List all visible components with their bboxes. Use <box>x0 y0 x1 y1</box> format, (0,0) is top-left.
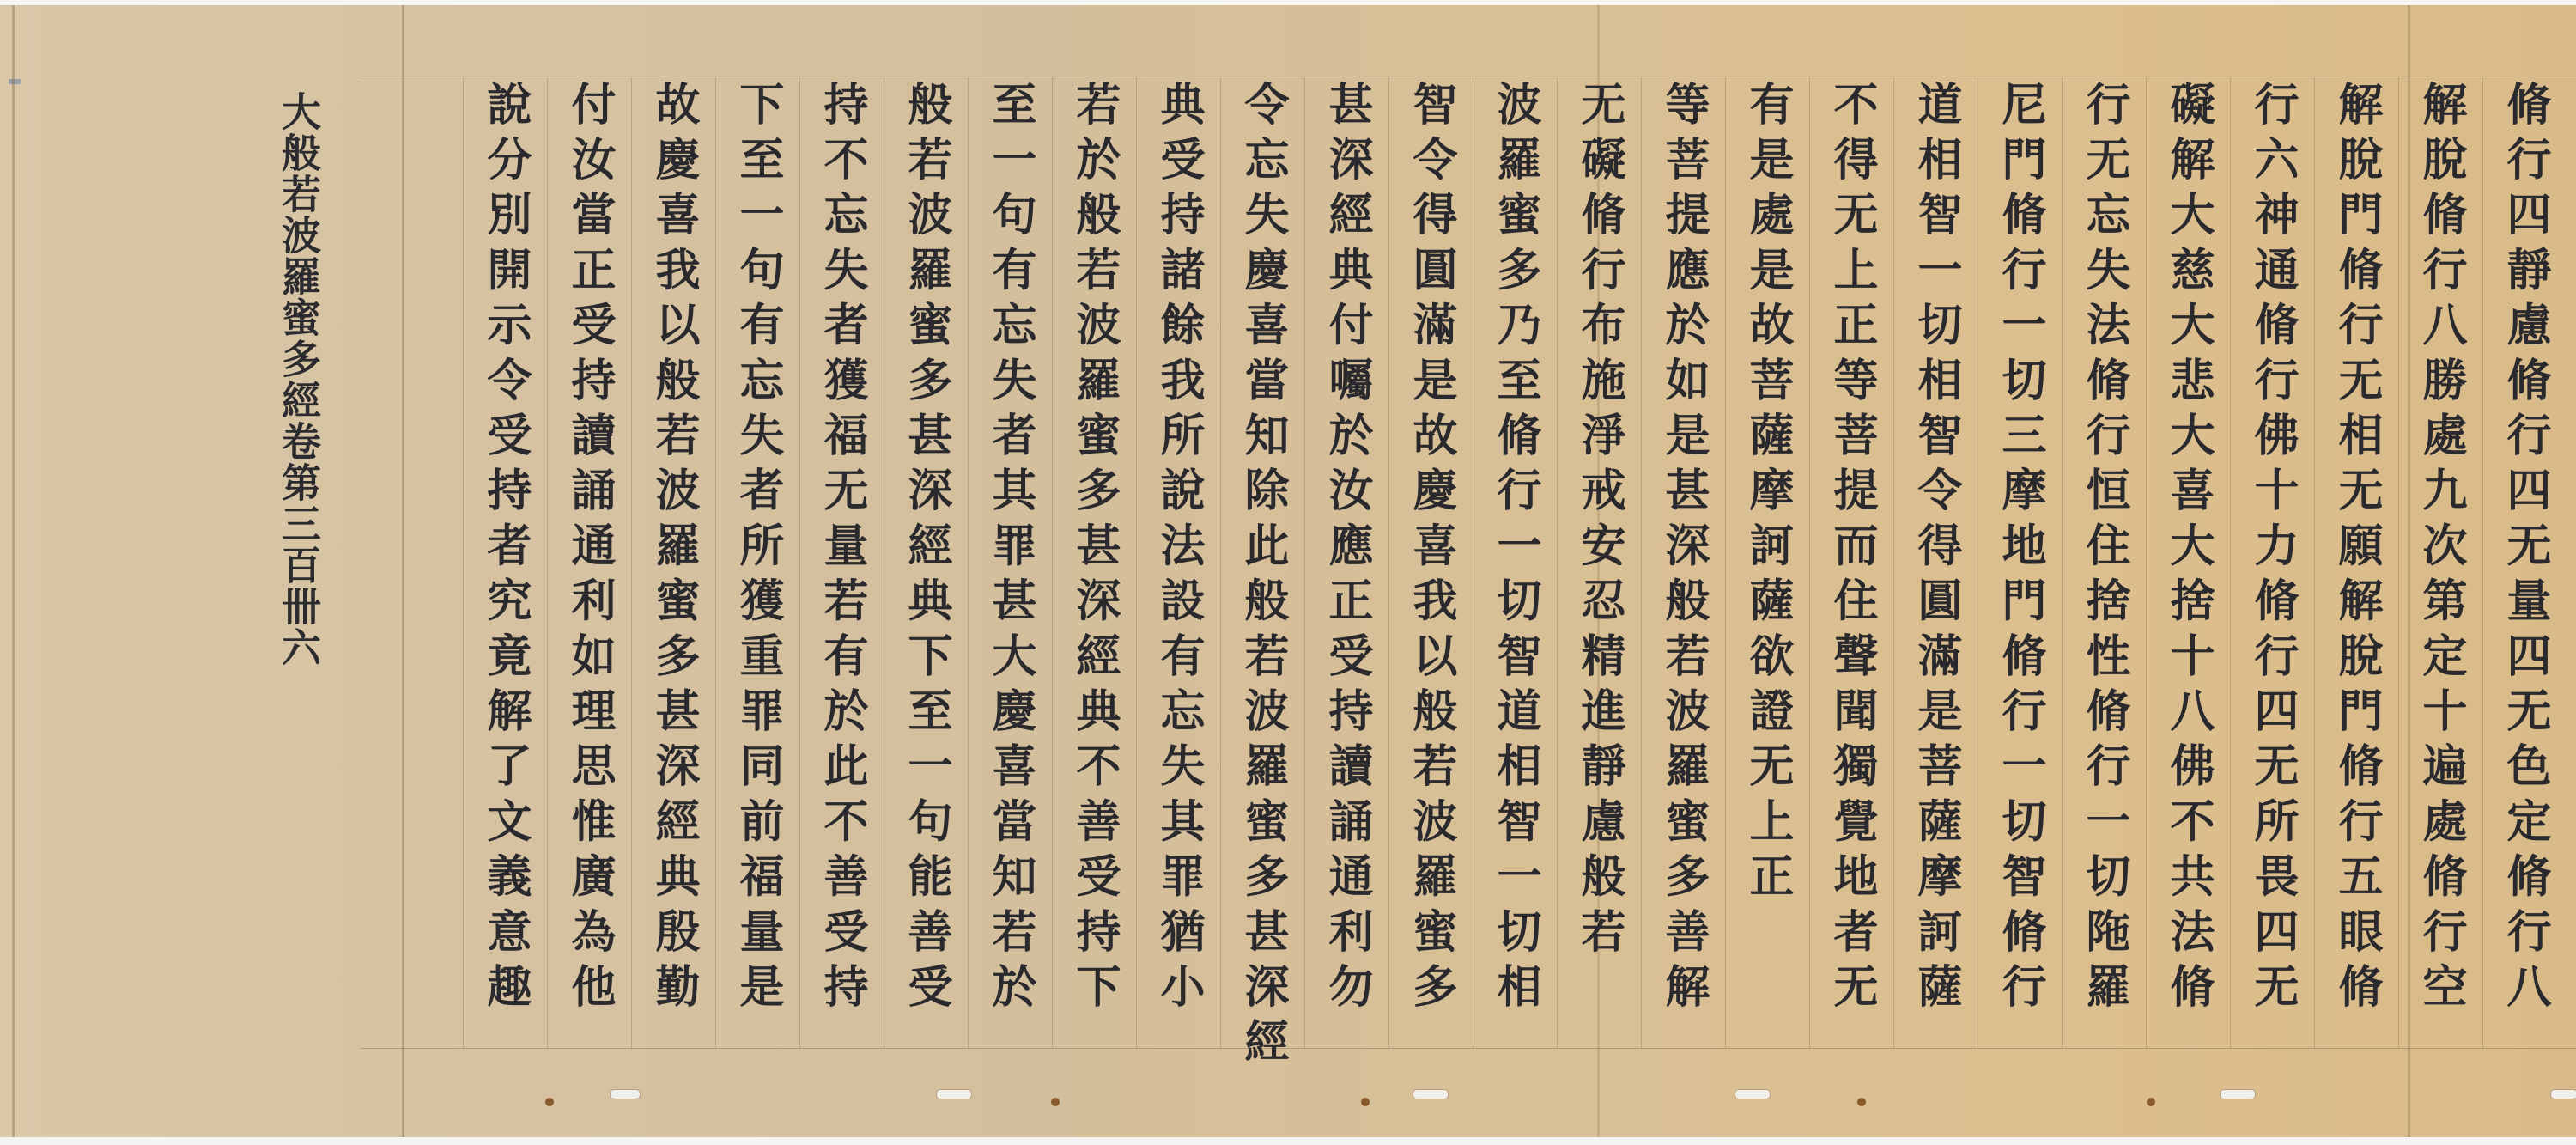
text-column: 智令得圓滿是故慶喜我以般若波羅蜜多 <box>1400 81 1461 1018</box>
column-ruling <box>2482 77 2483 1048</box>
sheet-seam <box>12 5 15 1137</box>
column-ruling <box>463 77 464 1048</box>
text-column: 尼門脩行一切三摩地門脩行一切智脩行 <box>1990 81 2050 1018</box>
ink-stain <box>1857 1098 1866 1106</box>
text-column: 令忘失慶喜當知除此般若波羅蜜多甚深經 <box>1232 81 1292 1074</box>
column-ruling <box>1641 77 1642 1048</box>
text-column: 道相智一切相智令得圓滿是菩薩摩訶薩 <box>1905 81 1965 1018</box>
column-ruling <box>1220 77 1221 1048</box>
column-ruling <box>2146 77 2147 1048</box>
column-ruling <box>1557 77 1558 1048</box>
column-ruling <box>715 77 716 1048</box>
text-column: 故慶喜我以般若波羅蜜多甚深經典殷勤 <box>643 81 703 1018</box>
text-column: 解脫脩行八勝處九次第定十遍處脩行空 <box>2410 81 2470 1018</box>
text-column: 下至一句有忘失者所獲重罪同前福量是 <box>727 81 787 1018</box>
text-column: 若於般若波羅蜜多甚深經典不善受持下 <box>1064 81 1124 1018</box>
column-ruling <box>2398 77 2399 1048</box>
text-column: 解脫門脩行无相无願解脫門脩行五眼脩 <box>2326 81 2386 1018</box>
column-ruling <box>799 77 800 1048</box>
text-column: 不得无上正等菩提而住聲聞獨覺地者无 <box>1821 81 1881 1018</box>
wormhole-damage <box>2550 1089 2576 1099</box>
column-ruling <box>884 77 884 1048</box>
column-ruling <box>1136 77 1137 1048</box>
text-column: 礙解大慈大悲大喜大捨十八佛不共法脩 <box>2158 81 2218 1018</box>
text-column: 甚深經典付囑於汝應正受持讀誦通利勿 <box>1316 81 1376 1018</box>
sutra-scroll: 大般若波羅蜜多經卷第三百卌六 脩行四靜慮脩行四无量四无色定脩行八解脫脩行八勝處九… <box>0 5 2576 1137</box>
bottom-ruling-line <box>361 1048 2576 1049</box>
text-column: 至一句有忘失者其罪甚大慶喜當知若於 <box>980 81 1040 1018</box>
ink-stain <box>1361 1098 1370 1106</box>
column-ruling <box>547 77 548 1048</box>
top-ruling-line <box>361 76 2576 76</box>
text-column: 脩行四靜慮脩行四无量四无色定脩行八 <box>2494 81 2555 1018</box>
column-ruling <box>2062 77 2063 1048</box>
text-column: 般若波羅蜜多甚深經典下至一句能善受 <box>896 81 956 1018</box>
column-ruling <box>1893 77 1894 1048</box>
column-ruling <box>2230 77 2231 1048</box>
column-ruling <box>2314 77 2315 1048</box>
sheet-seam <box>402 5 404 1137</box>
column-ruling <box>1304 77 1305 1048</box>
text-column: 等菩提應於如是甚深般若波羅蜜多善解 <box>1653 81 1713 1018</box>
ink-stain <box>1051 1098 1060 1106</box>
column-ruling <box>1473 77 1473 1048</box>
column-ruling <box>631 77 632 1048</box>
column-ruling <box>1052 77 1053 1048</box>
column-ruling <box>1809 77 1810 1048</box>
ink-stain <box>545 1098 554 1106</box>
wormhole-damage <box>1413 1089 1449 1099</box>
wormhole-damage <box>936 1089 972 1099</box>
text-column: 典受持諸餘我所說法設有忘失其罪猶小 <box>1148 81 1208 1018</box>
column-ruling <box>1978 77 1978 1048</box>
text-column: 有是處是故菩薩摩訶薩欲證无上正 <box>1737 81 1797 908</box>
text-column: 付汝當正受持讀誦通利如理思惟廣為他 <box>559 81 619 1018</box>
wormhole-damage <box>610 1089 641 1099</box>
text-column: 无礙脩行布施淨戒安忍精進靜慮般若 <box>1569 81 1629 963</box>
text-column: 說分別開示令受持者究竟解了文義意趣 <box>475 81 535 1018</box>
ink-stain <box>2147 1098 2155 1106</box>
text-column: 行无忘失法脩行恒住捨性脩行一切陁羅 <box>2074 81 2134 1018</box>
text-column: 持不忘失者獲福无量若有於此不善受持 <box>811 81 872 1018</box>
column-ruling <box>1725 77 1726 1048</box>
text-column: 波羅蜜多乃至脩行一切智道相智一切相 <box>1485 81 1545 1018</box>
column-ruling <box>1388 77 1389 1048</box>
wormhole-damage <box>1735 1089 1771 1099</box>
mount-pin <box>9 79 21 84</box>
sutra-title: 大般若波羅蜜多經卷第三百卌六 <box>273 91 325 668</box>
column-ruling <box>968 77 969 1048</box>
wormhole-damage <box>2220 1089 2256 1099</box>
text-column: 行六神通脩行佛十力脩行四无所畏四无 <box>2242 81 2302 1018</box>
